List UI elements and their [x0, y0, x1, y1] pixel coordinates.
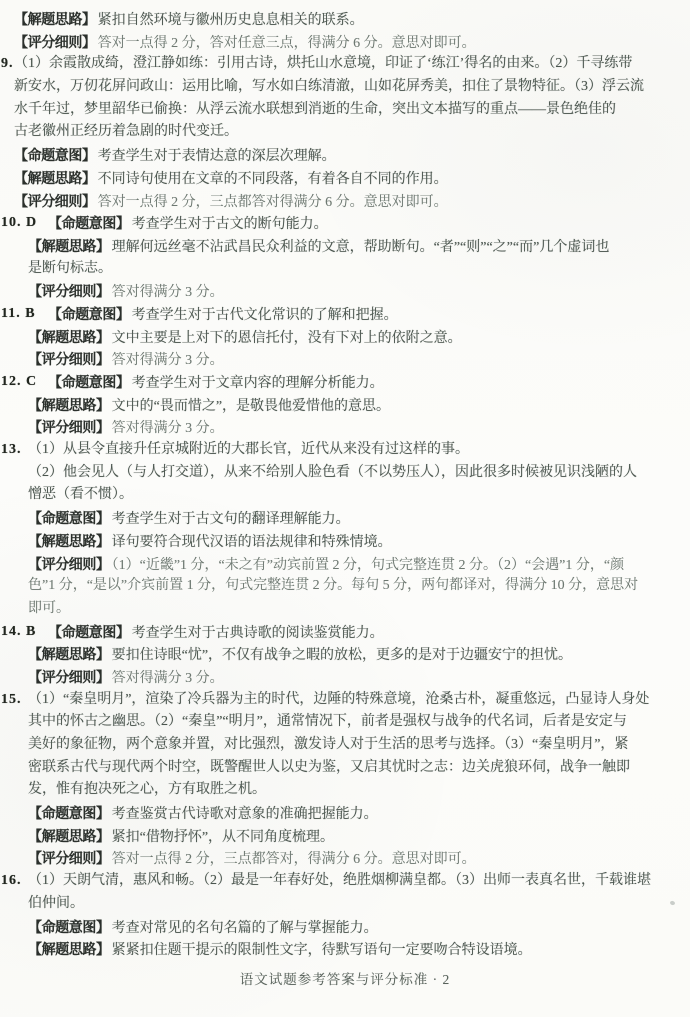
question-number: 15.: [1, 689, 22, 712]
answer-line: 【评分细则】答对一点得 2 分，三点都答对得满分 6 分。意思对即可。: [0, 190, 690, 213]
line-text: 答对得满分 3 分。: [112, 285, 224, 300]
section-label: 【评分细则】: [14, 34, 96, 50]
answer-line: 16.（1）天朗气清，惠风和畅。（2）最是一年春好处，绝胜烟柳满皇都。（3）出师…: [0, 870, 690, 893]
line-text: 答对一点得 2 分，三点都答对得满分 6 分。意思对即可。: [98, 195, 448, 210]
line-text: 答对得满分 3 分。: [112, 421, 224, 436]
section-label: 【解题思路】: [28, 533, 110, 549]
line-text: 考查学生对于古典诗歌的阅读鉴赏能力。: [132, 626, 384, 641]
answer-line: 【命题意图】考查学生对于表情达意的深层次理解。: [0, 144, 690, 167]
line-text: （1）“秦皇明月”，渲染了冷兵器为主的时代，边陲的特殊意境，沧桑古朴，凝重悠远，…: [28, 692, 649, 707]
section-label: 【解题思路】: [28, 646, 110, 662]
answer-line: 【解题思路】理解何远丝毫不沾武昌民众利益的文意，帮助断句。“者”“则”“之”“而…: [0, 235, 690, 258]
answer-line: 其中的怀古之幽思。（2）“秦皇”“明月”，通常情况下，前者是强权与战争的代名词，…: [0, 711, 690, 734]
answer-line: 美好的象征物，两个意象并置，对比强烈，激发诗人对于生活的思考与选择。（3）“秦皇…: [0, 734, 690, 757]
line-text: 考查对常见的名句名篇的了解与掌握能力。: [112, 921, 378, 936]
line-text: 文中主要是上对下的恩信托付，没有下对上的依附之意。: [112, 331, 462, 346]
section-label: 【解题思路】: [14, 170, 96, 186]
answer-line: 【评分细则】答对一点得 2 分，答对任意三点，得满分 6 分。意思对即可。: [0, 31, 690, 54]
answer-line: 即可。: [0, 598, 690, 621]
answer-line: 10. D【命题意图】考查学生对于古文的断句能力。: [0, 212, 690, 235]
line-text: 考查学生对于古文的断句能力。: [132, 217, 328, 232]
section-label: 【命题意图】: [14, 147, 96, 163]
answer-line: 15.（1）“秦皇明月”，渲染了冷兵器为主的时代，边陲的特殊意境，沧桑古朴，凝重…: [0, 689, 690, 712]
section-label: 【命题意图】: [28, 510, 110, 526]
line-text: （2）他会见人（与人打交道），从来不给别人脸色看（不以势压人），因此很多时候被见…: [28, 465, 637, 480]
answer-line: 古老徽州正经历着急剧的时代变迁。: [0, 121, 690, 144]
answer-line: 【解题思路】紧紧扣住题干提示的限制性文字，待默写语句一定要吻合特设语境。: [0, 938, 690, 961]
answer-line: 【评分细则】答对得满分 3 分。: [0, 666, 690, 689]
answer-line: 发，惟有抱决死之心，方有取胜之机。: [0, 779, 690, 802]
answer-line: （2）他会见人（与人打交道），从来不给别人脸色看（不以势压人），因此很多时候被见…: [0, 462, 690, 485]
line-text: 水千年过，梦里韶华已偷换：从浮云流水联想到消逝的生命，突出文本描写的重点——景色…: [14, 102, 616, 117]
question-number: 12. C: [1, 371, 37, 394]
answer-line: 憎恶（看不惯）。: [0, 484, 690, 507]
section-label: 【命题意图】: [48, 374, 130, 390]
answer-line: 水千年过，梦里韶华已偷换：从浮云流水联想到消逝的生命，突出文本描写的重点——景色…: [0, 99, 690, 122]
section-label: 【评分细则】: [28, 419, 110, 435]
section-label: 【解题思路】: [14, 11, 96, 27]
line-text: 答对得满分 3 分。: [112, 353, 224, 368]
line-text: 色”1 分，“是以”介宾前置 1 分，句式完整连贯 2 分。每句 5 分，两句都…: [28, 578, 638, 593]
section-label: 【评分细则】: [14, 193, 96, 209]
question-number: 13.: [1, 439, 22, 462]
answer-line: 13.（1）从县令直接升任京城附近的大郡长官，近代从来没有过这样的事。: [0, 439, 690, 462]
answer-line: 【命题意图】考查鉴赏古代诗歌对意象的准确把握能力。: [0, 802, 690, 825]
answer-line: 9.（1）余霞散成绮，澄江静如练：引用古诗，烘托山水意境，印证了‘练江’得名的由…: [0, 53, 690, 76]
line-text: （1）天朗气清，惠风和畅。（2）最是一年春好处，绝胜烟柳满皇都。（3）出师一表真…: [28, 873, 651, 888]
answer-line: 【评分细则】答对得满分 3 分。: [0, 280, 690, 303]
section-label: 【评分细则】: [28, 850, 110, 866]
section-label: 【评分细则】: [28, 351, 110, 367]
line-text: 伯仲间。: [28, 896, 84, 911]
answer-line: 【解题思路】紧扣“借物抒怀”，从不同角度梳理。: [0, 825, 690, 848]
section-label: 【解题思路】: [28, 941, 110, 957]
question-number: 10. D: [1, 212, 37, 235]
line-text: 其中的怀古之幽思。（2）“秦皇”“明月”，通常情况下，前者是强权与战争的代名词，…: [28, 714, 627, 729]
section-label: 【解题思路】: [28, 397, 110, 413]
answer-line: 【解题思路】文中的“畏而惜之”，是敬畏他爱惜他的意思。: [0, 394, 690, 417]
line-text: 是断句标志。: [28, 261, 112, 276]
answer-line: 12. C【命题意图】考查学生对于文章内容的理解分析能力。: [0, 371, 690, 394]
answer-line: 11. B【命题意图】考查学生对于古代文化常识的了解和把握。: [0, 303, 690, 326]
line-text: 古老徽州正经历着急剧的时代变迁。: [14, 124, 238, 139]
section-label: 【解题思路】: [28, 238, 110, 254]
line-text: 考查学生对于表情达意的深层次理解。: [98, 149, 336, 164]
section-label: 【评分细则】: [28, 669, 110, 685]
answer-line: 色”1 分，“是以”介宾前置 1 分，句式完整连贯 2 分。每句 5 分，两句都…: [0, 575, 690, 598]
line-text: 答对得满分 3 分。: [112, 671, 224, 686]
answer-line: 【评分细则】答对一点得 2 分，三点都答对，得满分 6 分。意思对即可。: [0, 847, 690, 870]
line-text: 文中的“畏而惜之”，是敬畏他爱惜他的意思。: [112, 399, 390, 414]
question-number: 9.: [1, 53, 14, 76]
answer-line: 新安水，万仞花屏问政山：运用比喻，写水如白练清澈，山如花屏秀美，扣住了景物特征。…: [0, 76, 690, 99]
answer-line: 14. B【命题意图】考查学生对于古典诗歌的阅读鉴赏能力。: [0, 621, 690, 644]
line-text: 紧扣自然环境与徽州历史息息相关的联系。: [98, 13, 364, 28]
line-text: 不同诗句使用在文章的不同段落，有着各自不同的作用。: [98, 172, 448, 187]
answer-line: 【命题意图】考查学生对于古文句的翻译理解能力。: [0, 507, 690, 530]
question-number: 11. B: [1, 303, 36, 326]
answer-line: 是断句标志。: [0, 258, 690, 281]
answer-line: 【解题思路】紧扣自然环境与徽州历史息息相关的联系。: [0, 8, 690, 31]
answer-line: 【命题意图】考查对常见的名句名篇的了解与掌握能力。: [0, 916, 690, 939]
line-text: 美好的象征物，两个意象并置，对比强烈，激发诗人对于生活的思考与选择。（3）“秦皇…: [28, 737, 628, 752]
line-text: （1）从县令直接升任京城附近的大郡长官，近代从来没有过这样的事。: [28, 442, 469, 457]
answer-line: 【评分细则】（1）“近畿”1 分，“未之有”动宾前置 2 分，句式完整连贯 2 …: [0, 553, 690, 576]
line-text: 紧扣“借物抒怀”，从不同角度梳理。: [112, 830, 334, 845]
answer-line: 【评分细则】答对得满分 3 分。: [0, 348, 690, 371]
line-text: 考查学生对于古文句的翻译理解能力。: [112, 512, 350, 527]
answer-line: 【解题思路】译句要符合现代汉语的语法规律和特殊情境。: [0, 530, 690, 553]
line-text: 即可。: [28, 601, 70, 616]
answer-line: 【解题思路】文中主要是上对下的恩信托付，没有下对上的依附之意。: [0, 326, 690, 349]
line-text: 新安水，万仞花屏问政山：运用比喻，写水如白练清澈，山如花屏秀美，扣住了景物特征。…: [14, 79, 644, 94]
section-label: 【命题意图】: [48, 215, 130, 231]
answer-line: 【解题思路】要扣住诗眼“忧”，不仅有战争之暇的放松，更多的是对于边疆安宁的担忧。: [0, 643, 690, 666]
answer-line: 【评分细则】答对得满分 3 分。: [0, 416, 690, 439]
line-text: 考查学生对于古代文化常识的了解和把握。: [132, 308, 398, 323]
page-footer: 语文试题参考答案与评分标准 · 2: [0, 968, 690, 988]
line-text: 答对一点得 2 分，三点都答对，得满分 6 分。意思对即可。: [112, 852, 476, 867]
answer-sheet-body: 【解题思路】紧扣自然环境与徽州历史息息相关的联系。【评分细则】答对一点得 2 分…: [0, 8, 690, 961]
section-label: 【评分细则】: [28, 556, 110, 572]
line-text: 考查学生对于文章内容的理解分析能力。: [132, 376, 384, 391]
section-label: 【命题意图】: [48, 624, 130, 640]
line-text: 译句要符合现代汉语的语法规律和特殊情境。: [112, 535, 392, 550]
line-text: 答对一点得 2 分，答对任意三点，得满分 6 分。意思对即可。: [98, 36, 476, 51]
line-text: 密联系古代与现代两个时空，既警醒世人以史为鉴，又启其忧时之志：边关虎狼环伺，战争…: [28, 760, 630, 775]
line-text: 理解何远丝毫不沾武昌民众利益的文意，帮助断句。“者”“则”“之”“而”几个虚词也: [112, 240, 610, 255]
section-label: 【解题思路】: [28, 828, 110, 844]
answer-line: 密联系古代与现代两个时空，既警醒世人以史为鉴，又启其忧时之志：边关虎狼环伺，战争…: [0, 757, 690, 780]
line-text: （1）“近畿”1 分，“未之有”动宾前置 2 分，句式完整连贯 2 分。（2）“…: [112, 558, 625, 573]
question-number: 14. B: [1, 621, 36, 644]
line-text: 要扣住诗眼“忧”，不仅有战争之暇的放松，更多的是对于边疆安宁的担忧。: [112, 648, 572, 663]
line-text: （1）余霞散成绮，澄江静如练：引用古诗，烘托山水意境，印证了‘练江’得名的由来。…: [14, 56, 632, 71]
section-label: 【评分细则】: [28, 283, 110, 299]
section-label: 【解题思路】: [28, 329, 110, 345]
answer-line: 【解题思路】不同诗句使用在文章的不同段落，有着各自不同的作用。: [0, 167, 690, 190]
line-text: 考查鉴赏古代诗歌对意象的准确把握能力。: [112, 807, 378, 822]
line-text: 憎恶（看不惯）。: [28, 487, 133, 502]
section-label: 【命题意图】: [48, 306, 130, 322]
line-text: 紧紧扣住题干提示的限制性文字，待默写语句一定要吻合特设语境。: [112, 943, 532, 958]
question-number: 16.: [1, 870, 22, 893]
section-label: 【命题意图】: [28, 919, 110, 935]
answer-line: 伯仲间。: [0, 893, 690, 916]
line-text: 发，惟有抱决死之心，方有取胜之机。: [28, 782, 266, 797]
section-label: 【命题意图】: [28, 805, 110, 821]
